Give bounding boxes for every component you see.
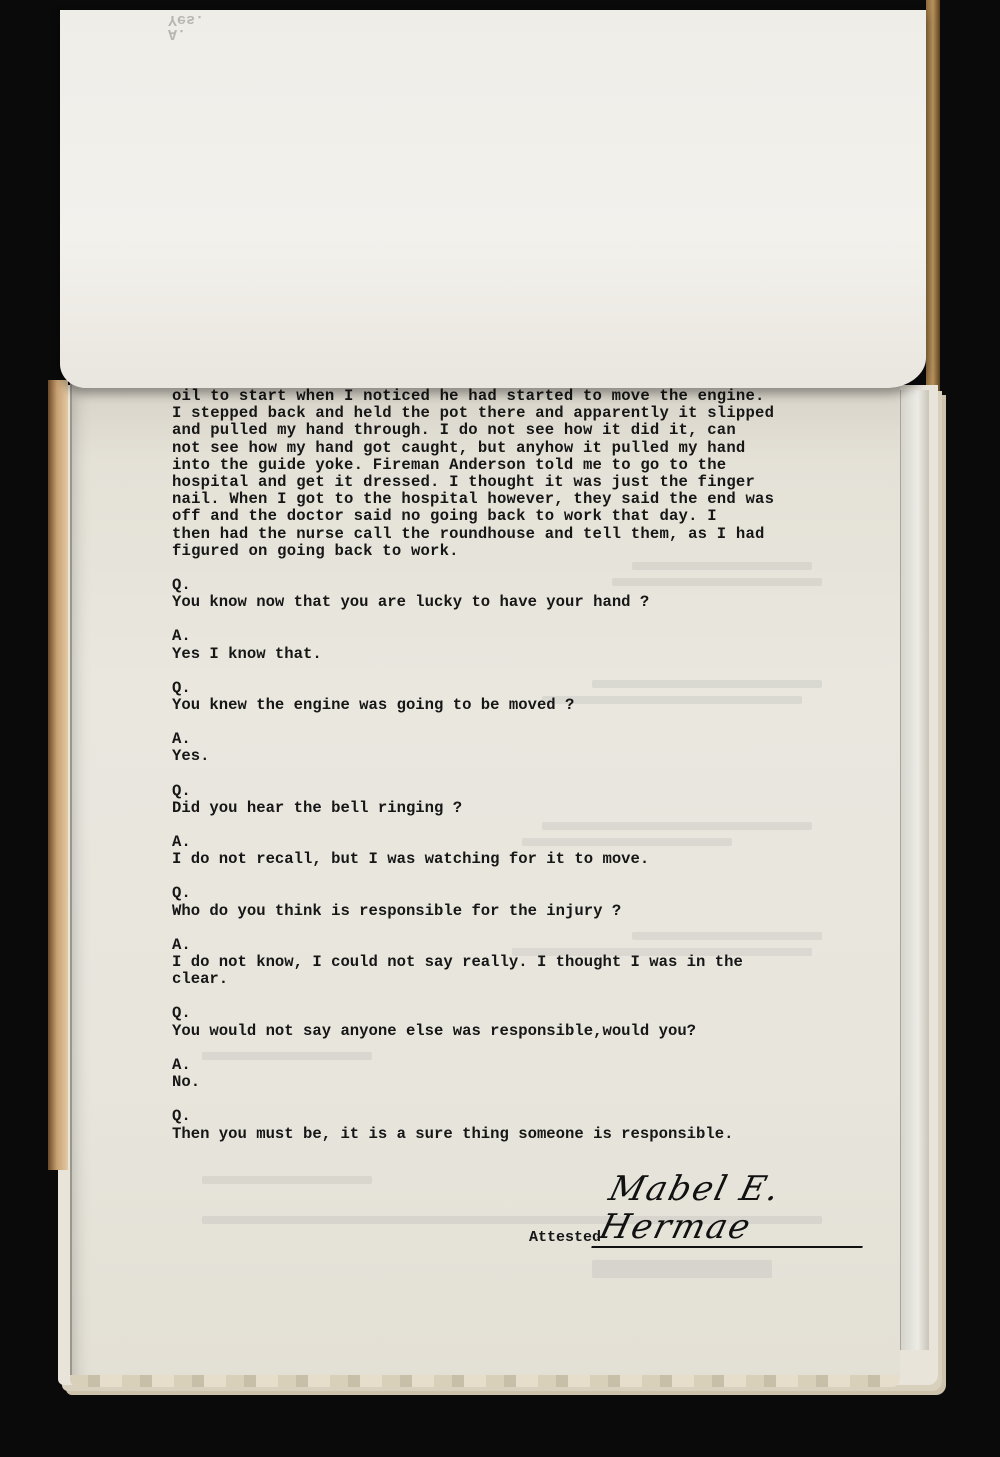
qa-question: Q. Then you must be, it is a sure thing … [172,1108,872,1142]
qa-answer: A. Yes. [172,731,872,765]
qa-label: Q. [172,1108,872,1125]
qa-question: Q. You know now that you are lucky to ha… [172,577,872,611]
qa-label: A. [172,628,872,645]
qa-label: Q. [172,577,872,594]
qa-answer: A. Yes I know that. [172,628,872,662]
narrative-line: into the guide yoke. Fireman Anderson to… [172,457,872,474]
page-bottom-edge [70,1375,900,1387]
qa-text: I do not recall, but I was watching for … [172,851,872,868]
qa-text: Did you hear the bell ringing ? [172,800,872,817]
signature: Mabel E. Hermae [591,1170,881,1248]
transcript-body: oil to start when I noticed he had start… [172,388,872,1143]
attested-label: Attested [529,1228,601,1248]
page-stack-edge [900,390,929,1350]
qa-text: I do not know, I could not say really. I… [172,954,872,988]
qa-answer: A. No. [172,1057,872,1091]
narrative-line: not see how my hand got caught, but anyh… [172,440,872,457]
qa-text: You would not say anyone else was respon… [172,1023,872,1040]
narrative-line: hospital and get it dressed. I thought i… [172,474,872,491]
attestation: Attested Mabel E. Hermae [529,1170,872,1248]
qa-text: Then you must be, it is a sure thing som… [172,1126,872,1143]
narrative-line: figured on going back to work. [172,543,872,560]
qa-label: Q. [172,1005,872,1022]
document-page: oil to start when I noticed he had start… [70,380,900,1380]
qa-question: Q. You would not say anyone else was res… [172,1005,872,1039]
qa-text: Yes. [172,748,872,765]
binding-edge [48,380,68,1170]
qa-label: A. [172,937,872,954]
narrative-line: off and the doctor said no going back to… [172,508,872,525]
qa-text: Yes I know that. [172,646,872,663]
narrative-line: nail. When I got to the hospital however… [172,491,872,508]
qa-answer: A. I do not know, I could not say really… [172,937,872,989]
bleed-line: A. [168,25,186,42]
narrative-line: then had the nurse call the roundhouse a… [172,526,872,543]
qa-question: Q. Did you hear the bell ringing ? [172,783,872,817]
qa-text: No. [172,1074,872,1091]
qa-answer: A. I do not recall, but I was watching f… [172,834,872,868]
qa-text: You knew the engine was going to be move… [172,697,872,714]
narrative-line: oil to start when I noticed he had start… [172,388,872,405]
qa-label: Q. [172,885,872,902]
qa-question: Q. Who do you think is responsible for t… [172,885,872,919]
qa-label: A. [172,834,872,851]
narrative-line: and pulled my hand through. I do not see… [172,422,872,439]
curled-top-page: What was the extent of your injury ? Q. … [60,10,926,388]
qa-question: Q. You knew the engine was going to be m… [172,680,872,714]
qa-label: Q. [172,680,872,697]
qa-label: Q. [172,783,872,800]
qa-text: You know now that you are lucky to have … [172,594,872,611]
qa-label: A. [172,1057,872,1074]
narrative-line: I stepped back and held the pot there an… [172,405,872,422]
qa-label: A. [172,731,872,748]
qa-text: Who do you think is responsible for the … [172,903,872,920]
narrative-paragraph: oil to start when I noticed he had start… [172,388,872,560]
